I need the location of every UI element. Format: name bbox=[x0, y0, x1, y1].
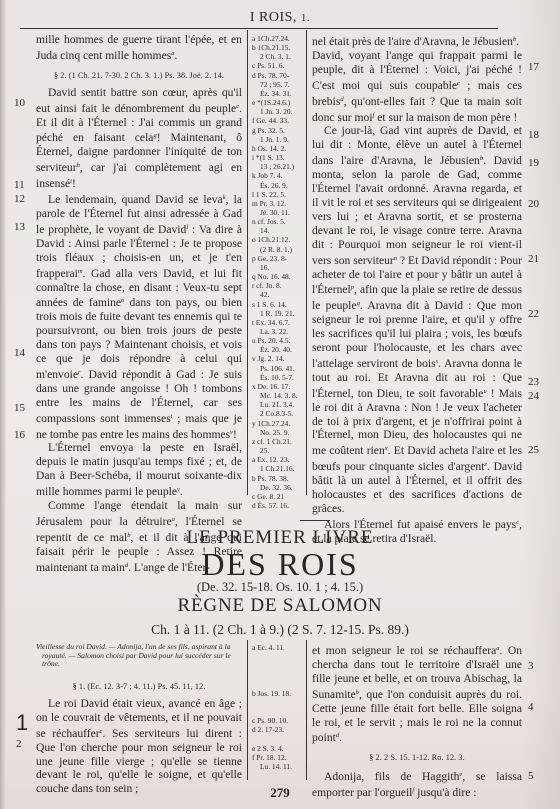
verse-number: 20 bbox=[528, 198, 539, 210]
cross-reference[interactable]: q No. 16. 48. bbox=[252, 272, 304, 281]
cross-reference[interactable]: h Os. 14. 2. bbox=[252, 144, 304, 153]
cross-reference[interactable]: 1 Jn. 3. 20. bbox=[252, 107, 304, 116]
page-number: 279 bbox=[0, 785, 560, 801]
section-divider bbox=[300, 520, 330, 521]
cross-reference[interactable] bbox=[252, 707, 304, 716]
verse-number: 23 bbox=[528, 376, 539, 388]
cross-reference[interactable]: Jé. 30. 11. bbox=[252, 208, 304, 217]
cross-references-upper: a 1Ch.27.24.b 1Ch.21.15.2 Ch. 3. 1.c Ps.… bbox=[252, 34, 304, 510]
cross-reference[interactable]: x De. 16. 17. bbox=[252, 382, 304, 391]
cross-reference[interactable]: 16. bbox=[252, 263, 304, 272]
page-edge bbox=[0, 0, 6, 809]
right-column-upper: nel était près de l'aire d'Aravna, le Jé… bbox=[312, 33, 522, 546]
cross-reference[interactable]: e *(1S.24.6.) bbox=[252, 98, 304, 107]
cross-reference[interactable]: És. 10. 5-7. bbox=[252, 373, 304, 382]
cross-reference[interactable]: La. 3. 22. bbox=[252, 327, 304, 336]
left-column-upper: mille hommes de guerre tirant l'épée, et… bbox=[36, 33, 242, 575]
cross-reference[interactable]: No. 25. 9. bbox=[252, 428, 304, 437]
cross-reference[interactable]: (2 R. 8. 1.) bbox=[252, 245, 304, 254]
cross-reference[interactable]: o 1Ch.21.12. bbox=[252, 235, 304, 244]
cross-reference[interactable] bbox=[252, 652, 304, 661]
column-rule-left bbox=[247, 30, 248, 495]
footnote-marker[interactable]: a bbox=[171, 50, 174, 57]
paragraph: mille hommes de guerre tirant l'épée, et… bbox=[36, 33, 242, 63]
cross-reference[interactable]: u Ps. 20. 4.5. bbox=[252, 336, 304, 345]
cross-reference[interactable]: Éz. 20. 40. bbox=[252, 345, 304, 354]
cross-reference[interactable]: 42. bbox=[252, 290, 304, 299]
cross-reference[interactable]: És. 26. 9. bbox=[252, 181, 304, 190]
cross-reference[interactable]: m Pr. 3. 12. bbox=[252, 199, 304, 208]
left-column-lower: § 1. (Ec. 12. 3-7 ; 4. 11.) Ps. 45. 11, … bbox=[36, 680, 242, 796]
cross-reference[interactable] bbox=[252, 735, 304, 744]
verse-number: 11 bbox=[14, 179, 25, 191]
running-head: I ROIS, 1. bbox=[0, 10, 560, 26]
cross-reference[interactable] bbox=[252, 680, 304, 689]
cross-reference[interactable]: a 1Ch.27.24. bbox=[252, 34, 304, 43]
text-line: mille hommes de guerre tirant l'épée, et bbox=[36, 33, 227, 46]
book-references: (De. 32. 15-18. Os. 10. 1 ; 4. 15.) bbox=[0, 580, 560, 595]
cross-reference[interactable]: De. 32. 36. bbox=[252, 483, 304, 492]
right-column-lower: et mon seigneur le roi se réchaufferaa. … bbox=[312, 642, 522, 800]
section-heading: § 2. (1 Ch. 21. 7-30. 2 Ch. 3. 1.) Ps. 3… bbox=[36, 69, 242, 83]
cross-reference[interactable]: 72 ; 95. 7. bbox=[252, 80, 304, 89]
verse-number: 13 bbox=[14, 221, 25, 233]
cross-reference[interactable]: c Ps. 51. 6. bbox=[252, 61, 304, 70]
cross-reference[interactable]: Éz. 34. 31. bbox=[252, 89, 304, 98]
book-title: DES ROIS bbox=[0, 546, 560, 583]
cross-reference[interactable]: d 2. 17-23. bbox=[252, 725, 304, 734]
cross-reference[interactable]: c Ps. 90. 10. bbox=[252, 716, 304, 725]
cross-reference[interactable]: b Ps. 78. 38. bbox=[252, 474, 304, 483]
cross-reference[interactable]: 1 Jn. 1. 9. bbox=[252, 135, 304, 144]
cross-reference[interactable]: 1 R. 19. 21. bbox=[252, 309, 304, 318]
section-heading: § 1. (Ec. 12. 3-7 ; 4. 11.) Ps. 45. 11, … bbox=[36, 680, 242, 694]
cross-reference[interactable]: z cf. 1 Ch.21. bbox=[252, 437, 304, 446]
footnote-marker[interactable]: b bbox=[513, 36, 516, 43]
cross-reference[interactable]: b 1Ch.21.15. bbox=[252, 43, 304, 52]
header-rule bbox=[20, 28, 498, 29]
verse-number: 22 bbox=[528, 308, 539, 320]
cross-reference[interactable]: a Ex. 12. 23. bbox=[252, 455, 304, 464]
chapter-range: Ch. 1 à 11. (2 Ch. 1 à 9.) (2 S. 7. 12-1… bbox=[0, 622, 560, 638]
verse-number: 24 bbox=[528, 390, 539, 402]
cross-reference[interactable]: s 1 S. 6. 14. bbox=[252, 300, 304, 309]
cross-reference[interactable]: 2 Ch. 3. 1. bbox=[252, 52, 304, 61]
verse-number: 16 bbox=[14, 429, 25, 441]
cross-reference[interactable]: 14. bbox=[252, 226, 304, 235]
cross-reference[interactable]: r cf. Jn. 8. bbox=[252, 281, 304, 290]
verse-number: 25 bbox=[528, 444, 539, 456]
cross-reference[interactable]: l 1 S. 22. 5. bbox=[252, 190, 304, 199]
cross-reference[interactable]: Mc. 14. 3. 8. bbox=[252, 391, 304, 400]
cross-reference[interactable] bbox=[252, 661, 304, 670]
cross-reference[interactable]: 25. bbox=[252, 446, 304, 455]
cross-reference[interactable]: f Ge. 44. 33. bbox=[252, 116, 304, 125]
verse-paragraph: Le roi David était vieux, avancé en âge … bbox=[36, 697, 242, 796]
column-rule-right-lower bbox=[306, 640, 307, 780]
cross-reference[interactable]: n cf. Jos. 5. bbox=[252, 217, 304, 226]
column-rule-right bbox=[306, 30, 307, 495]
cross-reference[interactable]: a Ec. 4. 11. bbox=[252, 643, 304, 652]
cross-reference[interactable]: Ps. 106. 41. bbox=[252, 364, 304, 373]
verse-paragraph: David sentit battre son cœur, après qu'i… bbox=[36, 86, 242, 191]
verse-number: 5 bbox=[528, 770, 534, 782]
cross-reference[interactable]: Lu. 14. 11. bbox=[252, 762, 304, 771]
verse-paragraph: Le lendemain, quand David se levak, la p… bbox=[36, 191, 242, 441]
cross-reference[interactable]: y 1Ch.27.24. bbox=[252, 419, 304, 428]
verse-number: 4 bbox=[528, 701, 534, 713]
footnote-marker[interactable]: d bbox=[336, 732, 339, 739]
cross-reference[interactable]: t Ex. 34. 6.7. bbox=[252, 318, 304, 327]
verse-number: 21 bbox=[528, 253, 539, 265]
cross-reference[interactable]: 2 Co.8.3-5. bbox=[252, 409, 304, 418]
cross-reference[interactable]: c Ge. 8. 21 bbox=[252, 492, 304, 501]
verse-paragraph: L'Éternel envoya la peste en Israël, dep… bbox=[36, 441, 242, 499]
verse-number: 19 bbox=[528, 157, 539, 169]
verse-paragraph: nel était près de l'aire d'Aravna, le Jé… bbox=[312, 33, 522, 124]
verse-number: 12 bbox=[14, 193, 25, 205]
cross-reference[interactable]: Lu. 21. 3.4. bbox=[252, 400, 304, 409]
cross-reference[interactable]: b Jos. 19. 18. bbox=[252, 689, 304, 698]
verse-number: 18 bbox=[528, 129, 539, 141]
verse-number: 3 bbox=[528, 660, 534, 672]
cross-reference[interactable]: i *(1 S. 13. bbox=[252, 153, 304, 162]
cross-reference[interactable] bbox=[252, 670, 304, 679]
verse-number: 17 bbox=[528, 61, 539, 73]
verse-number: 10 bbox=[14, 97, 25, 109]
cross-reference[interactable]: 13 ; 26.21.) bbox=[252, 162, 304, 171]
section-heading: § 2. 2 S. 15. 1-12. Ro. 12. 3. bbox=[312, 751, 522, 765]
cross-reference[interactable] bbox=[252, 698, 304, 707]
chapter-number: 1 bbox=[16, 710, 28, 736]
cross-reference[interactable]: 1 Ch.21.16. bbox=[252, 464, 304, 473]
cross-reference[interactable]: p Ge. 23. 8- bbox=[252, 254, 304, 263]
cross-reference[interactable]: g Ps. 32. 5. bbox=[252, 126, 304, 135]
cross-reference[interactable]: e 2 S. 3. 4. bbox=[252, 744, 304, 753]
verse-paragraph: et mon seigneur le roi se réchaufferaa. … bbox=[312, 642, 522, 745]
cross-reference[interactable]: d Ps. 78. 70- bbox=[252, 71, 304, 80]
running-head-chapter: 1. bbox=[301, 12, 310, 24]
page-shadow bbox=[520, 0, 560, 809]
book-subtitle: RÈGNE DE SALOMON bbox=[0, 595, 560, 617]
verse-number: 2 bbox=[16, 738, 22, 750]
cross-references-lower: a Ec. 4. 11. b Jos. 19. 18. c Ps. 90. 10… bbox=[252, 643, 304, 771]
verse-paragraph: Ce jour-là, Gad vint auprès de David, et… bbox=[312, 124, 522, 515]
cross-reference[interactable]: d És. 57. 16. bbox=[252, 501, 304, 510]
chapter-summary: Vieillesse du roi David. — Adonija, l'un… bbox=[36, 643, 248, 669]
cross-reference[interactable]: v Jg. 2. 14. bbox=[252, 354, 304, 363]
cross-reference[interactable]: f Pr. 18. 12. bbox=[252, 753, 304, 762]
verse-number: 15 bbox=[14, 402, 25, 414]
cross-reference[interactable]: k Job 7. 4. bbox=[252, 171, 304, 180]
running-head-title: I ROIS, bbox=[250, 10, 297, 25]
verse-number: 14 bbox=[14, 347, 25, 359]
